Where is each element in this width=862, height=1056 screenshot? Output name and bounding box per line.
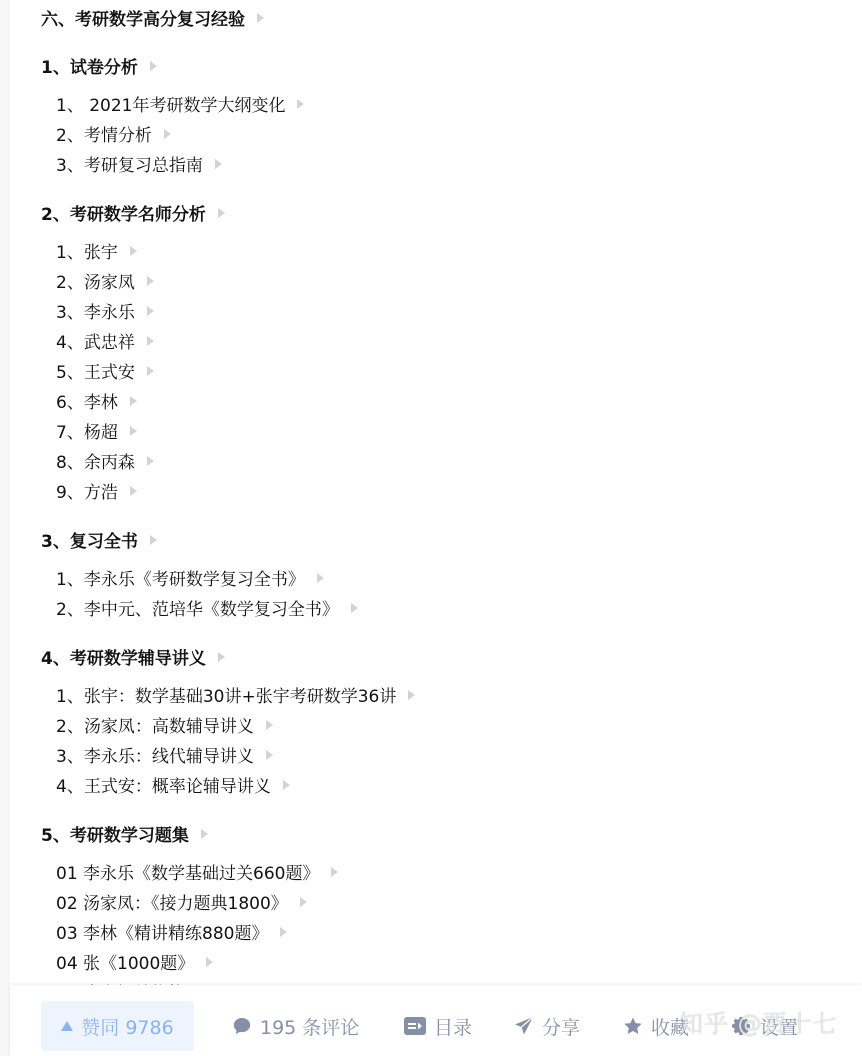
star-icon (623, 1016, 643, 1036)
share-plane-icon (514, 1016, 534, 1036)
share-button[interactable]: 分享 (514, 1001, 580, 1051)
collapse-arrow-icon[interactable] (266, 750, 273, 760)
collapse-arrow-icon[interactable] (351, 603, 358, 613)
collapse-arrow-icon[interactable] (150, 61, 157, 71)
list-item: 2、李中元、范培华《数学复习全书》 (56, 595, 358, 620)
collapse-arrow-icon[interactable] (147, 306, 154, 316)
collapse-arrow-icon[interactable] (408, 690, 415, 700)
collapse-arrow-icon[interactable] (218, 652, 225, 662)
collapse-arrow-icon[interactable] (218, 208, 225, 218)
group-heading: 3、复习全书 (41, 527, 157, 552)
collapse-arrow-icon[interactable] (266, 720, 273, 730)
collapse-arrow-icon[interactable] (147, 456, 154, 466)
collapse-arrow-icon[interactable] (130, 426, 137, 436)
upvote-arrow-icon (61, 1021, 73, 1031)
collapse-arrow-icon[interactable] (331, 867, 338, 877)
list-item: 2、汤家凤 (56, 268, 154, 293)
collapse-arrow-icon[interactable] (147, 276, 154, 286)
group-heading: 2、考研数学名师分析 (41, 200, 225, 225)
collapse-arrow-icon[interactable] (206, 957, 213, 967)
collapse-arrow-icon[interactable] (280, 927, 287, 937)
list-item: 7、杨超 (56, 418, 137, 443)
left-gutter (0, 0, 10, 1056)
comments-button[interactable]: 195 条评论 (232, 1001, 359, 1051)
toc-button[interactable]: 目录 (404, 1001, 472, 1051)
collapse-arrow-icon[interactable] (283, 780, 290, 790)
list-item: 02 汤家凤：《接力题典1800》 (56, 889, 307, 914)
list-item: 3、考研复习总指南 (56, 151, 222, 176)
list-item: 3、李永乐 (56, 298, 154, 323)
list-item: 1、李永乐《考研数学复习全书》 (56, 565, 324, 590)
collapse-arrow-icon[interactable] (201, 829, 208, 839)
list-item: 6、李林 (56, 388, 137, 413)
upvote-button[interactable]: 赞同 9786 (41, 1001, 194, 1051)
list-item: 5、王式安 (56, 358, 154, 383)
zhihu-watermark: 知乎 @贾十七 (679, 1004, 838, 1039)
group-heading: 1、试卷分析 (41, 53, 157, 78)
group-heading: 5、考研数学习题集 (41, 821, 208, 846)
list-item: 1、张宇 (56, 238, 137, 263)
collapse-arrow-icon[interactable] (300, 897, 307, 907)
collapse-arrow-icon[interactable] (297, 99, 304, 109)
list-item: 1、张宇：数学基础30讲+张宇考研数学36讲 (56, 682, 415, 707)
group-heading: 4、考研数学辅导讲义 (41, 644, 225, 669)
list-item: 8、余丙森 (56, 448, 154, 473)
list-item: 01 李永乐《数学基础过关660题》 (56, 859, 338, 884)
list-item: 9、方浩 (56, 478, 137, 503)
list-item: 4、王式安：概率论辅导讲义 (56, 772, 290, 797)
list-item: 2、汤家凤：高数辅导讲义 (56, 712, 273, 737)
list-item: 3、李永乐：线代辅导讲义 (56, 742, 273, 767)
list-item: 03 李林《精讲精练880题》 (56, 919, 287, 944)
collapse-arrow-icon[interactable] (164, 129, 171, 139)
collapse-arrow-icon[interactable] (130, 486, 137, 496)
collapse-arrow-icon[interactable] (147, 366, 154, 376)
collapse-arrow-icon[interactable] (215, 159, 222, 169)
collapse-arrow-icon[interactable] (317, 573, 324, 583)
list-item: 1、 2021年考研数学大纲变化 (56, 91, 304, 116)
table-of-contents-icon (404, 1017, 426, 1035)
section-heading: 六、考研数学高分复习经验 (41, 5, 264, 30)
collapse-arrow-icon[interactable] (150, 535, 157, 545)
collapse-arrow-icon[interactable] (130, 396, 137, 406)
collapse-arrow-icon[interactable] (130, 246, 137, 256)
list-item: 04 张《1000题》 (56, 949, 213, 974)
list-item: 2、考情分析 (56, 121, 171, 146)
collapse-arrow-icon[interactable] (257, 13, 264, 23)
collapse-arrow-icon[interactable] (147, 336, 154, 346)
comment-bubble-icon (232, 1016, 252, 1036)
list-item: 4、武忠祥 (56, 328, 154, 353)
